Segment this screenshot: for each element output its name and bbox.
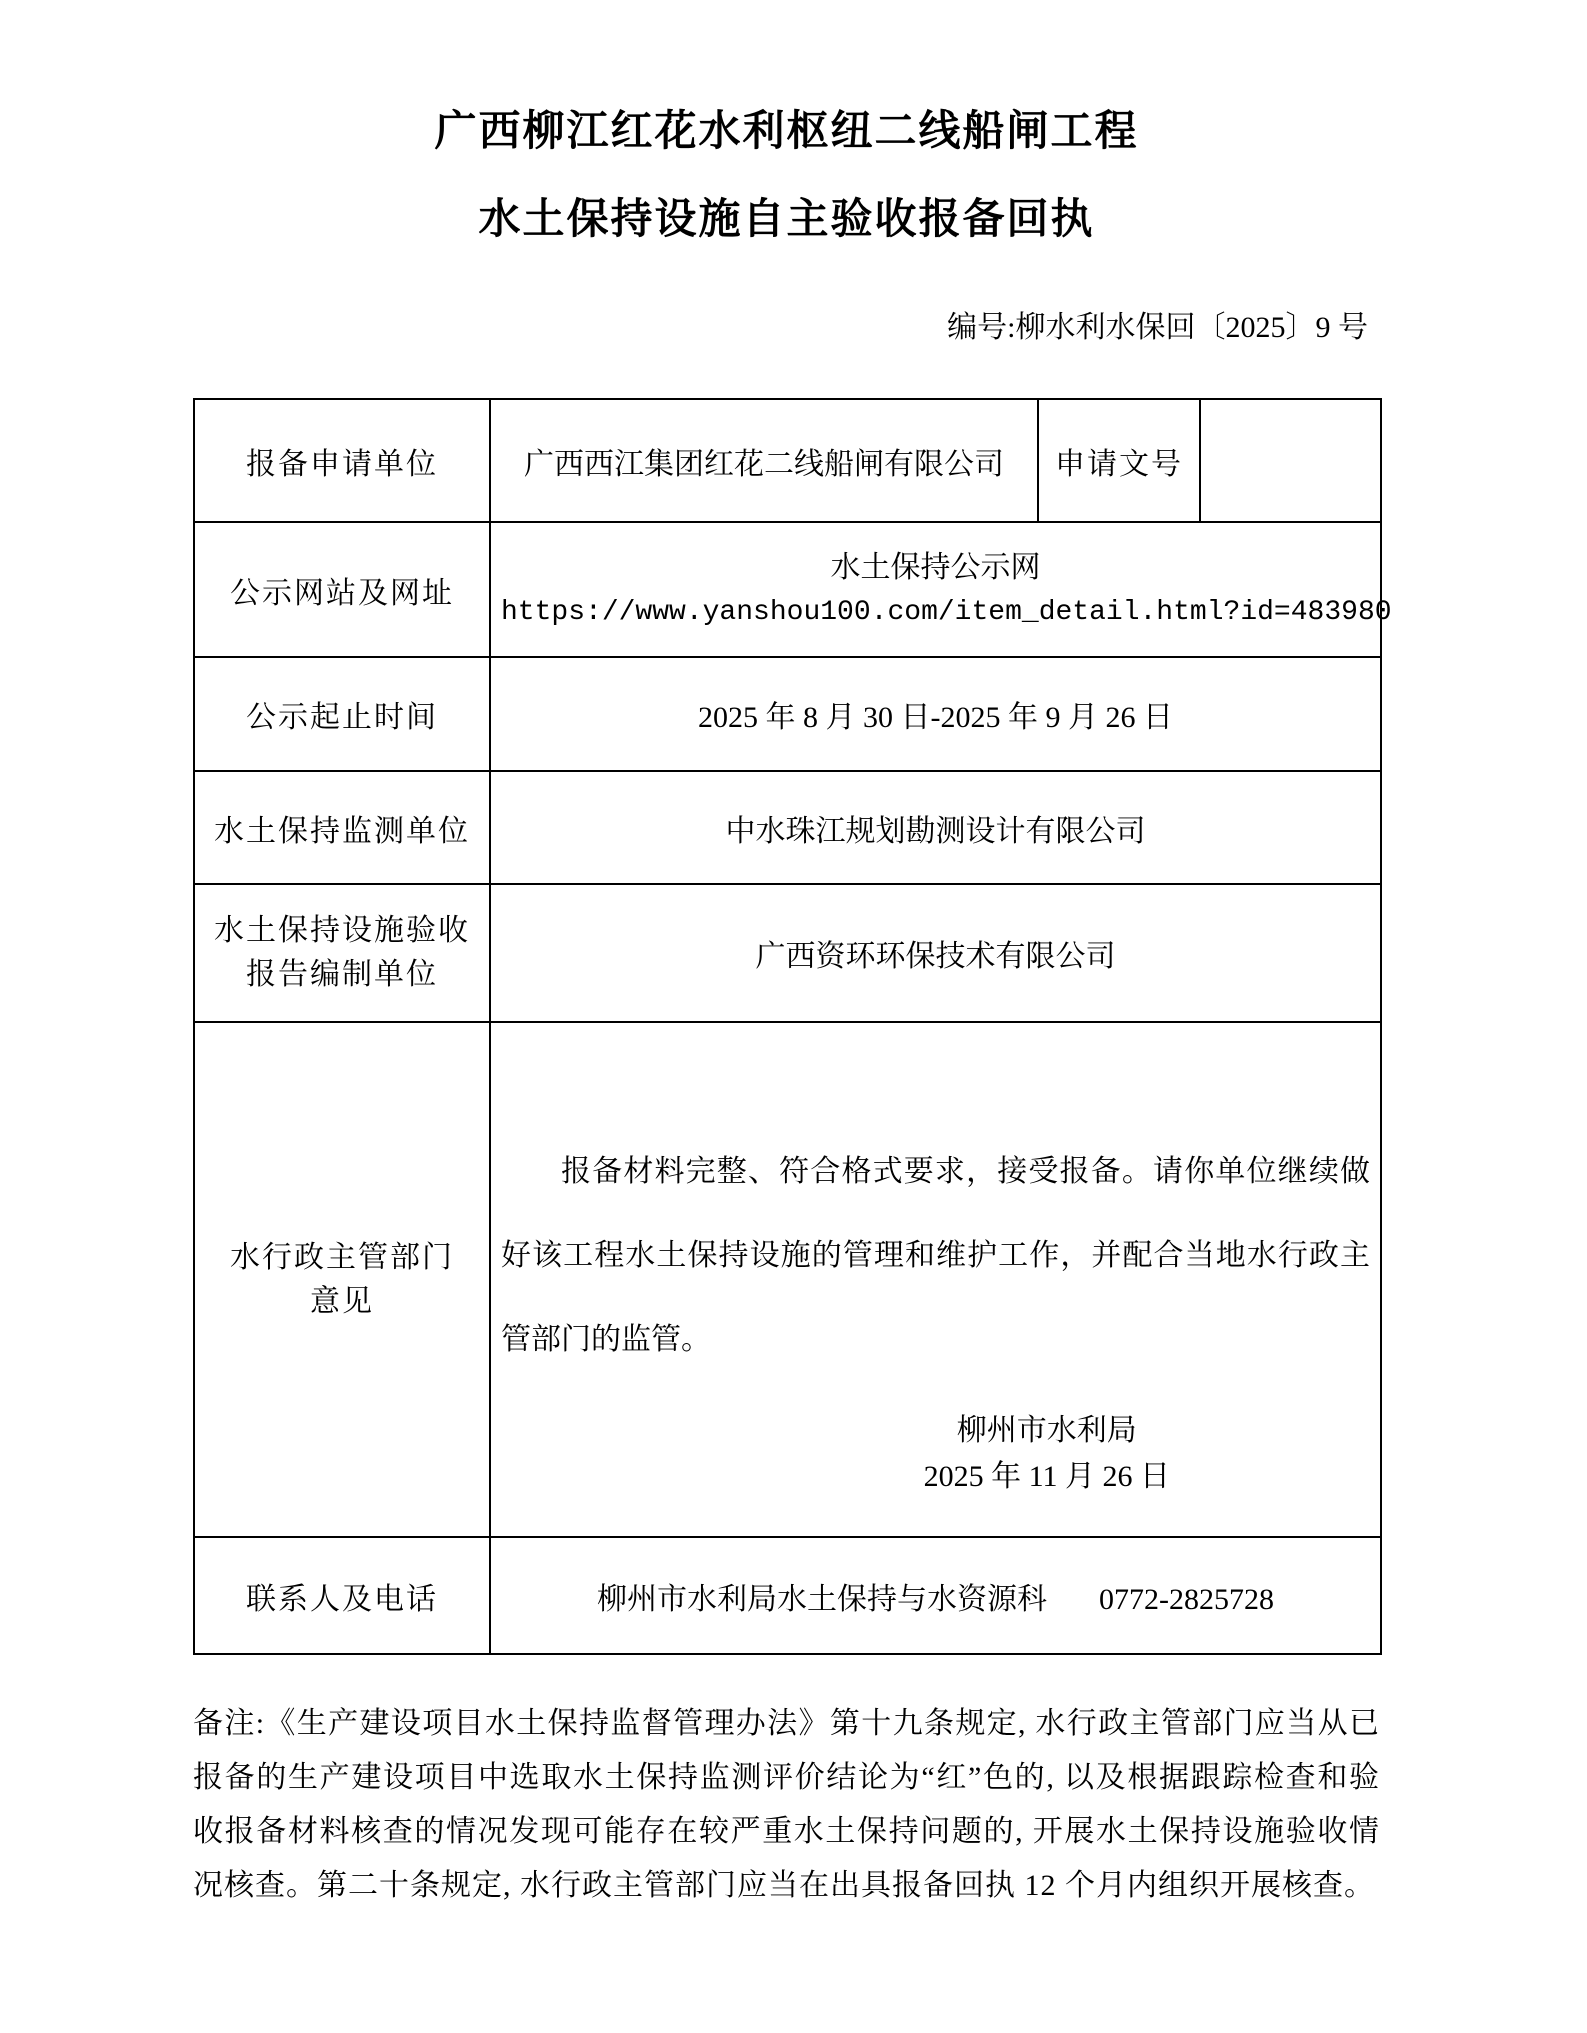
signature-authority: 柳州市水利局: [924, 1408, 1170, 1454]
document-page: 广西柳江红花水利枢纽二线船闸工程 水土保持设施自主验收报备回执 编号:柳水利水保…: [193, 0, 1380, 1913]
report-unit-label-line1: 水土保持设施验收: [205, 909, 479, 953]
doc-title-line1: 广西柳江红花水利枢纽二线船闸工程: [193, 106, 1380, 158]
doc-number: 编号:柳水利水保回〔2025〕9 号: [193, 308, 1380, 348]
report-unit-label: 水土保持设施验收 报告编制单位: [194, 884, 490, 1022]
publicity-period-label: 公示起止时间: [194, 657, 490, 771]
row-publicity-period: 公示起止时间 2025 年 8 月 30 日-2025 年 9 月 26 日: [194, 657, 1381, 771]
monitoring-unit-label: 水土保持监测单位: [194, 771, 490, 884]
footnote: 备注:《生产建设项目水土保持监督管理办法》第十九条规定, 水行政主管部门应当从已…: [193, 1697, 1380, 1913]
website-url: https://www.yanshou100.com/item_detail.h…: [501, 591, 1370, 635]
contact-department: 柳州市水利局水土保持与水资源科: [597, 1583, 1047, 1616]
contact-phone: 0772-2825728: [1099, 1583, 1274, 1616]
signature-date: 2025 年 11 月 26 日: [924, 1454, 1170, 1500]
authority-opinion-label-line1: 水行政主管部门: [205, 1236, 479, 1280]
applicant-label: 报备申请单位: [194, 399, 490, 522]
signature-block: 柳州市水利局 2025 年 11 月 26 日: [924, 1408, 1170, 1500]
applicant-value: 广西西江集团红花二线船闸有限公司: [490, 399, 1038, 522]
website-label: 公示网站及网址: [194, 522, 490, 657]
contact-value-cell: 柳州市水利局水土保持与水资源科0772-2825728: [490, 1537, 1381, 1654]
authority-opinion-label-line2: 意见: [205, 1280, 479, 1324]
report-unit-label-line2: 报告编制单位: [205, 953, 479, 997]
row-website: 公示网站及网址 水土保持公示网 https://www.yanshou100.c…: [194, 522, 1381, 657]
registration-form-table: 报备申请单位 广西西江集团红花二线船闸有限公司 申请文号 公示网站及网址 水土保…: [193, 398, 1382, 1655]
doc-title-line2: 水土保持设施自主验收报备回执: [193, 194, 1380, 246]
website-site-name: 水土保持公示网: [501, 545, 1370, 591]
contact-label: 联系人及电话: [194, 1537, 490, 1654]
website-value: 水土保持公示网 https://www.yanshou100.com/item_…: [490, 522, 1381, 657]
report-unit-value: 广西资环环保技术有限公司: [490, 884, 1381, 1022]
row-monitoring-unit: 水土保持监测单位 中水珠江规划勘测设计有限公司: [194, 771, 1381, 884]
application-number-label: 申请文号: [1038, 399, 1200, 522]
authority-opinion-cell: 报备材料完整、符合格式要求，接受报备。请你单位继续做好该工程水土保持设施的管理和…: [490, 1022, 1381, 1537]
authority-opinion-label: 水行政主管部门 意见: [194, 1022, 490, 1537]
authority-opinion-text: 报备材料完整、符合格式要求，接受报备。请你单位继续做好该工程水土保持设施的管理和…: [501, 1130, 1370, 1382]
row-report-unit: 水土保持设施验收 报告编制单位 广西资环环保技术有限公司: [194, 884, 1381, 1022]
row-applicant: 报备申请单位 广西西江集团红花二线船闸有限公司 申请文号: [194, 399, 1381, 522]
monitoring-unit-value: 中水珠江规划勘测设计有限公司: [490, 771, 1381, 884]
publicity-period-value: 2025 年 8 月 30 日-2025 年 9 月 26 日: [490, 657, 1381, 771]
application-number-value: [1200, 399, 1381, 522]
row-authority-opinion: 水行政主管部门 意见 报备材料完整、符合格式要求，接受报备。请你单位继续做好该工…: [194, 1022, 1381, 1537]
row-contact: 联系人及电话 柳州市水利局水土保持与水资源科0772-2825728: [194, 1537, 1381, 1654]
